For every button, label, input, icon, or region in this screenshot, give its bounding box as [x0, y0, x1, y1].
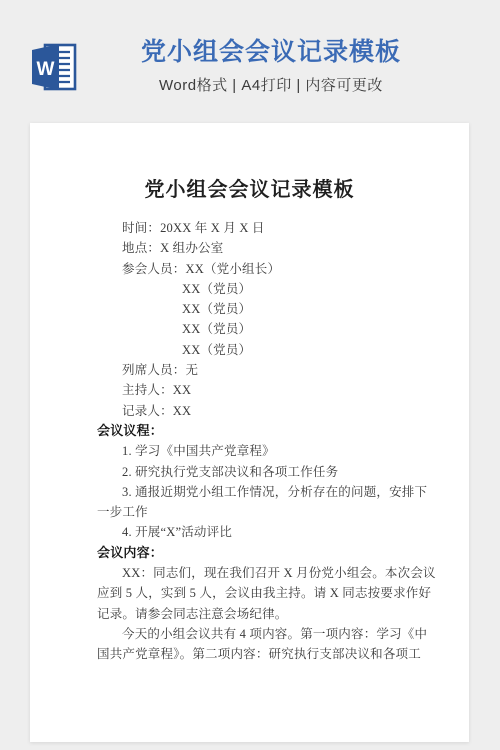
word-icon-letter: W — [37, 59, 55, 80]
doc-agenda-item-2: 2. 研究执行党支部决议和各项工作任务 — [97, 462, 411, 482]
doc-line-time: 时间：20XX 年 X 月 X 日 — [97, 218, 411, 238]
doc-content-p1-l2: 应到 5 人，实到 5 人，会议由我主持。请 X 同志按要求作好 — [97, 583, 411, 603]
doc-line-attendees: 参会人员：XX（党小组长） — [97, 259, 411, 279]
doc-agenda-item-4: 4. 开展“X”活动评比 — [97, 522, 411, 542]
page-subtitle: Word格式 | A4打印 | 内容可更改 — [78, 74, 464, 95]
doc-line-member-1: XX（党员） — [97, 279, 411, 299]
doc-agenda-item-1: 1. 学习《中国共产党章程》 — [97, 441, 411, 461]
doc-line-recorder: 记录人：XX — [97, 401, 411, 421]
page-background: W 党小组会会议记录模板 Word格式 | A4打印 | 内容可更改 党小组会会… — [0, 0, 500, 750]
doc-line-member-3: XX（党员） — [97, 319, 411, 339]
doc-line-host: 主持人：XX — [97, 380, 411, 400]
document-body: 时间：20XX 年 X 月 X 日 地点：X 组办公室 参会人员：XX（党小组长… — [30, 218, 469, 665]
doc-line-member-2: XX（党员） — [97, 299, 411, 319]
document-page: 党小组会会议记录模板 时间：20XX 年 X 月 X 日 地点：X 组办公室 参… — [30, 123, 469, 742]
header-text: 党小组会会议记录模板 Word格式 | A4打印 | 内容可更改 — [78, 38, 470, 95]
doc-line-member-4: XX（党员） — [97, 340, 411, 360]
doc-section-content: 会议内容： — [97, 543, 411, 563]
page-title: 党小组会会议记录模板 — [78, 38, 464, 67]
doc-line-observers: 列席人员：无 — [97, 360, 411, 380]
header: W 党小组会会议记录模板 Word格式 | A4打印 | 内容可更改 — [0, 0, 500, 123]
doc-section-agenda: 会议议程： — [97, 421, 411, 441]
doc-line-location: 地点：X 组办公室 — [97, 238, 411, 258]
doc-content-p1-l1: XX：同志们，现在我们召开 X 月份党小组会。本次会议 — [97, 563, 411, 583]
doc-agenda-item-3: 3. 通报近期党小组工作情况，分析存在的问题，安排下 — [97, 482, 411, 502]
doc-content-p1-l3: 记录。请参会同志注意会场纪律。 — [97, 604, 411, 624]
doc-agenda-item-3-wrap: 一步工作 — [97, 502, 411, 522]
document-title: 党小组会会议记录模板 — [30, 123, 469, 202]
word-document-icon: W — [30, 42, 78, 92]
doc-content-p2-l2: 国共产党章程》。第二项内容：研究执行支部决议和各项工 — [97, 644, 411, 664]
doc-content-p2-l1: 今天的小组会议共有 4 项内容。第一项内容：学习《中 — [97, 624, 411, 644]
